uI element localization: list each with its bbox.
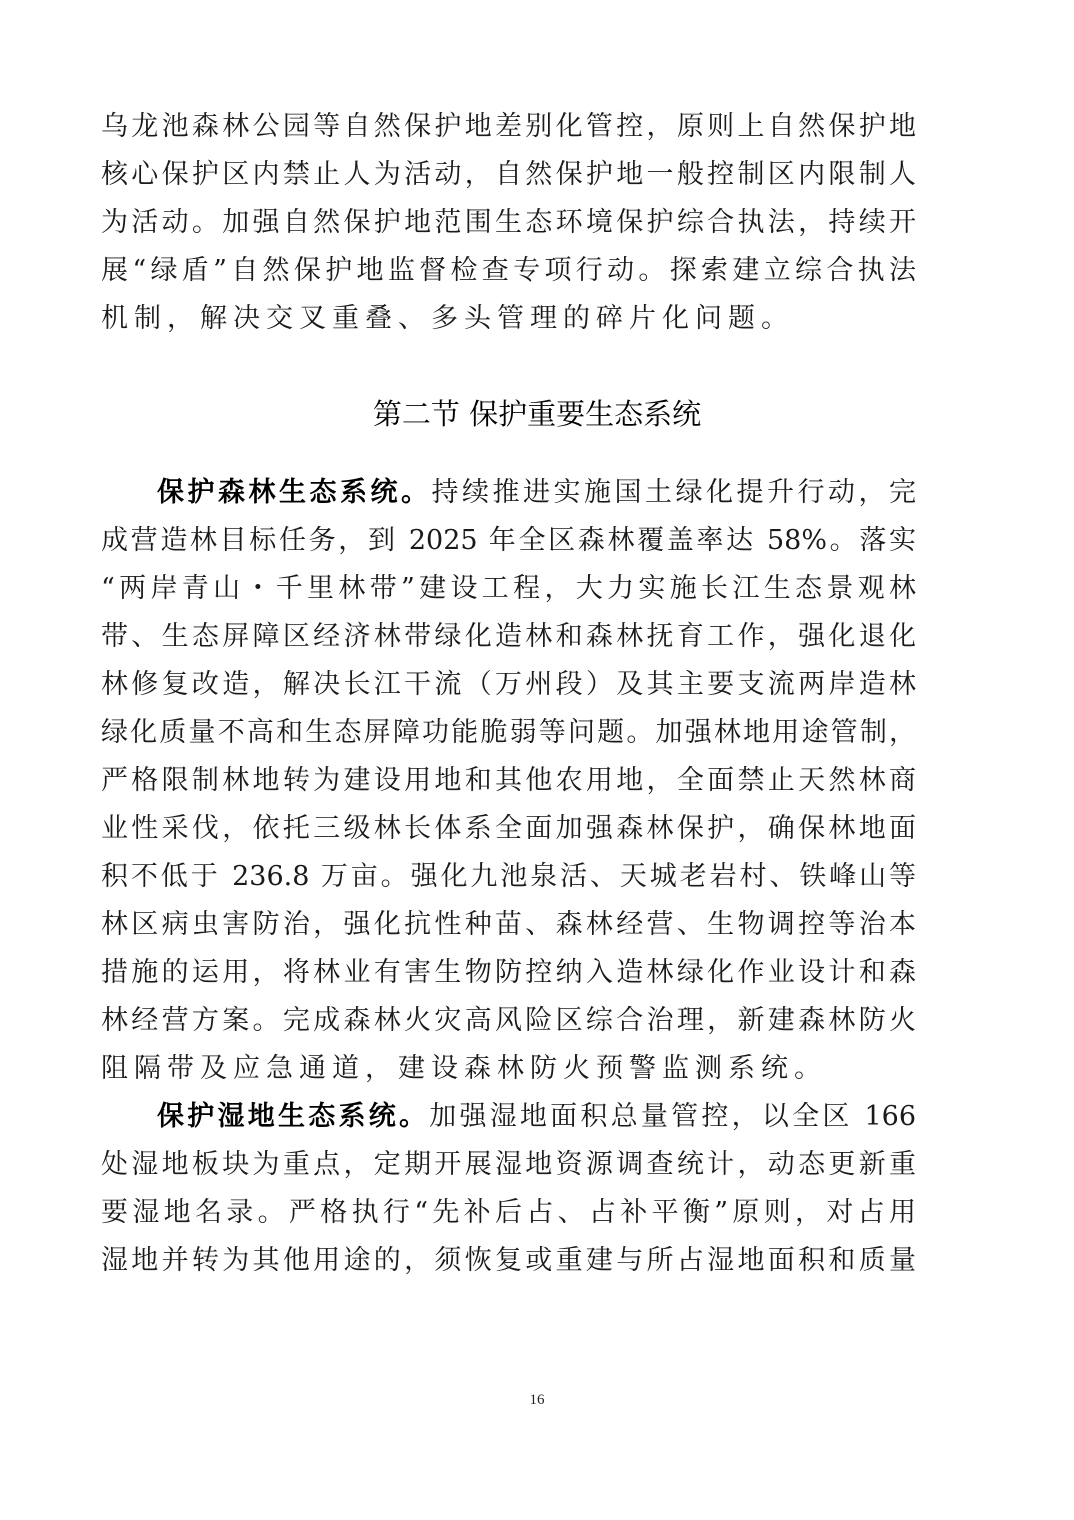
paragraph-first-line: 保护森林生态系统。持续推进实施国土绿化提升行动，完 [157, 477, 916, 509]
body-line: 阻隔带及应急通道，建设森林防火预警监测系统。 [101, 1053, 916, 1085]
paragraph-first-line: 保护湿地生态系统。加强湿地面积总量管控，以全区 166 [157, 1101, 916, 1133]
body-line: 处湿地板块为重点，定期开展湿地资源调查统计，动态更新重 [101, 1149, 916, 1181]
page-number: 16 [0, 1392, 1074, 1409]
body-line: 严格限制林地转为建设用地和其他农用地，全面禁止天然林商 [101, 765, 916, 797]
paragraph-title-forest: 保护森林生态系统。 [157, 477, 432, 508]
body-line: 乌龙池森林公园等自然保护地差别化管控，原则上自然保护地 [101, 111, 916, 143]
body-line: 林修复改造，解决长江干流（万州段）及其主要支流两岸造林 [101, 669, 916, 701]
body-line: 成营造林目标任务，到 2025 年全区森林覆盖率达 58%。落实 [101, 525, 916, 557]
body-line: 林经营方案。完成森林火灾高风险区综合治理，新建森林防火 [101, 1005, 916, 1037]
body-line: 为活动。加强自然保护地范围生态环境保护综合执法，持续开 [101, 207, 916, 239]
body-line: 湿地并转为其他用途的，须恢复或重建与所占湿地面积和质量 [101, 1245, 916, 1277]
body-line: 绿化质量不高和生态屏障功能脆弱等问题。加强林地用途管制， [101, 717, 916, 749]
body-text: 加强湿地面积总量管控，以全区 166 [429, 1101, 916, 1132]
body-line: 林区病虫害防治，强化抗性种苗、森林经营、生物调控等治本 [101, 909, 916, 941]
document-page: 乌龙池森林公园等自然保护地差别化管控，原则上自然保护地 核心保护区内禁止人为活动… [0, 0, 1074, 1520]
body-line: 核心保护区内禁止人为活动，自然保护地一般控制区内限制人 [101, 159, 916, 191]
body-line: 要湿地名录。严格执行“先补后占、占补平衡”原则，对占用 [101, 1197, 916, 1229]
body-line: 积不低于 236.8 万亩。强化九池泉活、天城老岩村、铁峰山等 [101, 861, 916, 893]
body-line: 带、生态屏障区经济林带绿化造林和森林抚育工作，强化退化 [101, 621, 916, 653]
body-line: 展“绿盾”自然保护地监督检查专项行动。探索建立综合执法 [101, 255, 916, 287]
body-line: 业性采伐，依托三级林长体系全面加强森林保护，确保林地面 [101, 813, 916, 845]
body-line: 措施的运用，将林业有害生物防控纳入造林绿化作业设计和森 [101, 957, 916, 989]
body-line: 机制，解决交叉重叠、多头管理的碎片化问题。 [101, 303, 916, 335]
section-heading: 第二节 保护重要生态系统 [0, 396, 1074, 432]
body-text: 持续推进实施国土绿化提升行动，完 [432, 477, 917, 508]
body-line: “两岸青山・千里林带”建设工程，大力实施长江生态景观林 [101, 573, 916, 605]
paragraph-title-wetland: 保护湿地生态系统。 [157, 1101, 429, 1132]
